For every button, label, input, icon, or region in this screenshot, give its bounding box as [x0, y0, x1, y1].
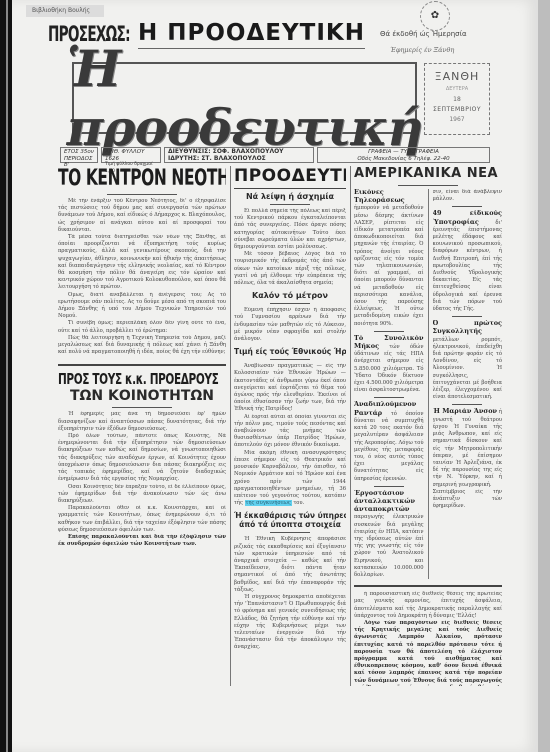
article-paragraph: Μία ακόμη έθνική ανασυγκρότησις έπεσε σή… — [234, 450, 346, 508]
article-paragraph: Τί συνέβη όμως; περιεπλάκη όλον δέν γίνη… — [58, 320, 226, 334]
article-paragraph: Πρό όλων τούτων, πάντοτε όπως Κοινότης, … — [58, 433, 226, 483]
article-paragraph: Αί έορταί αύται αί όποίαι γίνονται είς τ… — [234, 414, 346, 450]
column-youth-center: ΤΟ ΚΕΝΤΡΟΝ ΝΕΟΤΗΤΟΣ Μέ τήν ένάρξιν τού Κ… — [58, 166, 226, 548]
subhead-purge-line2: άπό τά ύποπτα στοιχεία — [234, 520, 346, 529]
date-city: ΞΑΝΘΗ — [425, 70, 489, 83]
info-issue: ΑΡΙΘ. ΦΥΛΛΟΥ 1626 Τιμή φύλλου δραχμαί 1,… — [101, 147, 161, 163]
scan-border-left — [0, 0, 12, 752]
newspaper-page: Βιβλιοθήκη Βουλής ✿ ΠΡΟΣΕΧΩΣ: Η ΠΡΟΟΔΕΥΤ… — [12, 0, 538, 752]
article-paragraph: Άναβίωσαν πραγματικώς — είς τήν Κολοσσια… — [234, 363, 346, 413]
article-paragraph: Όμως, διατί αναβάλλεται ή άνέγερσις του;… — [58, 292, 226, 321]
news-item: Τό Συνολικόν Μήκος τών όδών ύδάτινων είς… — [354, 335, 424, 395]
subhead-purge-line1: Ή έκκαθάρισις τών ύπηρεσιών — [234, 511, 346, 520]
info-bar: ΕΤΟΣ 35ον ΠΕΡΙΟΔΟΣ Β' ΑΡΙΘ. ΦΥΛΛΟΥ 1626 … — [60, 147, 490, 163]
text-selection-highlight[interactable]: της συγκινήσεως — [245, 500, 292, 506]
news-item: Σεπτέμβριος είς τήν άνάπτυξιν τών έφημερ… — [433, 489, 503, 511]
section-title-progressive: ΠΡΟΟΔΕΥΤΙΚΑ — [234, 166, 346, 186]
date-month: ΣΕΠΤΕΜΒΡΙΟΥ — [425, 106, 489, 113]
subhead-ugliness: Νά λείψη ή άσχημία — [234, 192, 346, 201]
news-item: Εικόνες Τηλεοράσεως ήμπορούν νά μεταδοθο… — [354, 189, 424, 328]
date-weekday: ΔΕΥΤΕΡΑ — [425, 86, 489, 92]
article-paragraph: Τά μέσα τούτα διατηρείσθαι τών νέων τής … — [58, 234, 226, 292]
date-day: 18 — [425, 96, 489, 103]
article-paragraph: Εύμενή έπήχησιν έσχεν ή άποφασις τού Γυμ… — [234, 307, 346, 343]
info-offices: ΓΡΑΦΕΙΑ — ΤΥΠΟΓΡΑΦΕΙΑ Οδός Μακεδονίας 6 … — [317, 147, 490, 163]
article-paragraph: Εί πολλά σημεία τής πόλεως καί πέριξ τού… — [234, 208, 346, 251]
news-item: Έργοστάσιον άνταλλακτικών άνταποκριτών π… — [354, 490, 424, 579]
column-american-news: ΑΜΕΡΙΚΑΝΙΚΑ ΝΕΑ Εικόνες Τηλεοράσεως ήμπο… — [354, 166, 502, 686]
column-divider — [230, 166, 231, 686]
section-title-american-news: ΑΜΕΡΙΚΑΝΙΚΑ ΝΕΑ — [354, 166, 502, 181]
news-item: 49 είδικούς Ύποτροφίας δι' έρευνητάς έπι… — [433, 210, 503, 313]
headline-community-presidents: ΠΡΟΣ ΤΟΥΣ κ.κ. ΠΡΟΕΔΡΟΥΣ — [58, 370, 189, 388]
article-continuation: Λόγω τών παραγόντων είς διεθνείς θέσεις … — [354, 620, 502, 686]
scan-border-right — [538, 0, 550, 752]
info-year: ΕΤΟΣ 35ον ΠΕΡΙΟΔΟΣ Β' — [60, 147, 98, 163]
article-paragraph: Παρακαλούνται όθεν οί κ.κ. Κοινοτάρχαι, … — [58, 505, 226, 534]
date-box: ΞΑΝΘΗ ΔΕΥΤΕΡΑ 18 ΣΕΠΤΕΜΒΡΙΟΥ 1967 — [424, 63, 490, 135]
masthead-title: Ἡ προοδευτική — [67, 39, 423, 157]
article-paragraph: Μέ τήν ένάρξιν τού Κέντρου Νεότητος, δι'… — [58, 198, 226, 234]
headline-youth-center: ΤΟ ΚΕΝΤΡΟΝ ΝΕΟΤΗΤΟΣ — [58, 166, 189, 191]
column-progressive: ΠΡΟΟΔΕΥΤΙΚΑ Νά λείψη ή άσχημία Εί πολλά … — [234, 166, 346, 652]
article-paragraph: Πώς θά λειτουργήση ή Τεχνική Υπηρεσία το… — [58, 335, 226, 357]
headline-communities: ΤΩΝ ΚΟΙΝΟΤΗΤΩΝ — [58, 388, 226, 404]
american-news-subcolumns: Εικόνες Τηλεοράσεως ήμπορούν νά μεταδοθο… — [354, 189, 502, 579]
subhead-national-heroes: Τιμή είς τούς Έθνικούς Ήρωας — [234, 347, 346, 356]
date-year: 1967 — [425, 116, 489, 123]
news-item: Άναδιπλούμενον Ραντάρ τό όποίον δύναται … — [354, 401, 424, 482]
article-paragraph: Ή σύγχρονος δημοκρατία αποδέχεται τήν 'Έ… — [234, 594, 346, 652]
library-stamp-icon: ✿ — [420, 1, 450, 31]
news-item: σιν, είναι διά άνάβλεψιν μάλλον. — [433, 189, 503, 203]
library-label: Βιβλιοθήκη Βουλής — [26, 5, 104, 17]
info-director-founder: ΔΙΕΥΘΥΝΣΙΣ: ΣΟΦ. ΒΛΑΧΟΠΟΥΛΟΥ ΙΔΡΥΤΗΣ: ΣΤ… — [164, 147, 314, 163]
article-paragraph: Ή Έθνική Κυβέρνησις άπεφάσισε ριζικάς τά… — [234, 536, 346, 594]
article-paragraph: Επίσης παρακαλούνται καί διά τήν έξόφλησ… — [58, 534, 226, 548]
article-continuation: ή παρουσιαστική είς διεθνείς θέσεις τής … — [354, 591, 502, 620]
daily-note: Θά έκδοθή ώς Ήμερησία — [380, 30, 467, 38]
article-paragraph: Όσαι Κοινότητες δέν έπραξαν τούτο, εί δε… — [58, 484, 226, 506]
news-item: Ό πρώτος Συγκολλητής μετάλλων ρομπότ, ήλ… — [433, 320, 503, 401]
news-item: Ή Μαριάν Άνσον ή γνωστή τού θεάτρου έργο… — [433, 408, 503, 488]
article-paragraph: Μέ τόσον βέβαιος λόγος διά τό τουρισμικό… — [234, 251, 346, 287]
masthead: Ἡ προοδευτική — [72, 62, 417, 134]
article-paragraph: Ή έφημερίς μας άνα τή δημοσιεύσει έφ' ήμ… — [58, 411, 226, 433]
column-divider — [350, 166, 351, 686]
subhead-good-measure: Καλόν τό μέτρον — [234, 291, 346, 300]
